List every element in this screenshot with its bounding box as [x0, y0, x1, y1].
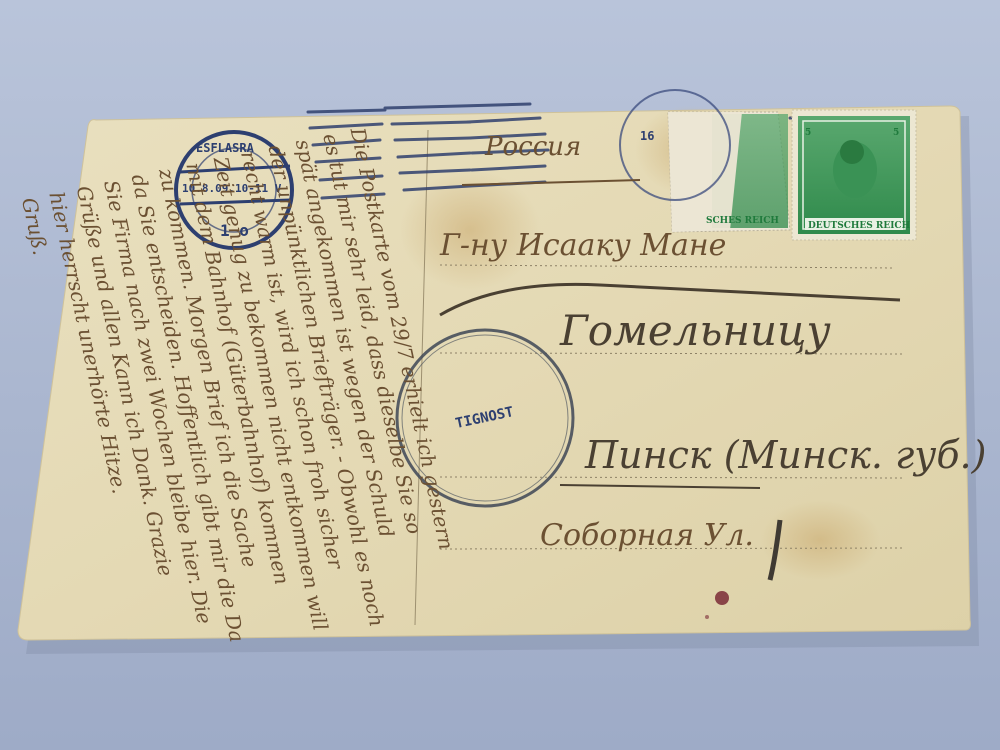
right-stamp: 5 5 DEUTSCHES REICH	[792, 110, 916, 240]
svg-text:Пинск (Минск. губ.): Пинск (Минск. губ.)	[584, 433, 986, 477]
svg-text:spät angekommen ist wegen der: spät angekommen ist wegen der Schuld	[291, 137, 399, 539]
svg-text:es tut mir sehr leid, dass die: es tut mir sehr leid, dass dieselbe Sie …	[318, 131, 426, 536]
svg-text:5: 5	[805, 128, 811, 138]
svg-text:10.8.09.10-11 V: 10.8.09.10-11 V	[182, 182, 282, 195]
svg-text:Г-ну Исааку Мане: Г-ну Исааку Мане	[439, 228, 726, 263]
svg-text:1 o: 1 o	[220, 221, 249, 240]
svg-text:DEUTSCHES REICH: DEUTSCHES REICH	[808, 221, 911, 231]
svg-text:Гомельницу: Гомельницу	[559, 306, 831, 355]
svg-text:Соборная Ул.: Соборная Ул.	[540, 518, 754, 553]
svg-text:16: 16	[640, 129, 654, 143]
svg-text:Sie Firma nach zwei Wochen ble: Sie Firma nach zwei Wochen bleibe hier. …	[99, 178, 217, 626]
svg-text:Grüße und allen Kann ich Dank.: Grüße und allen Kann ich Dank. Grazie	[72, 184, 178, 579]
svg-text:hier herrscht unerhörte Hitze.: hier herrscht unerhörte Hitze.	[44, 190, 132, 496]
message-block: Die Postkarte vom 29/7 erhielt ich geste…	[17, 125, 472, 682]
red-stain	[715, 591, 729, 605]
svg-text:Zeit genug zu bekommen nicht e: Zeit genug zu bekommen nicht entkommen w…	[209, 154, 333, 633]
card-body	[18, 106, 970, 640]
photo-scene: SCHES REICH 5 5 DEUTSCHES REICH 16 ESFLA…	[0, 0, 1000, 750]
svg-text:der unpünktlichen Briefträger.: der unpünktlichen Briefträger. - Obwohl …	[263, 143, 389, 629]
svg-text:SCHES REICH: SCHES REICH	[706, 216, 779, 226]
center-postmark: TIGNOST	[397, 330, 573, 506]
address-block: Россия Г-ну Исааку Мане Гомельницу Пинск…	[439, 132, 986, 580]
svg-text:Gruß.: Gruß.	[17, 195, 53, 257]
svg-text:ESFLASRA: ESFLASRA	[196, 141, 255, 155]
round-postmark: ESFLASRA 10.8.09.10-11 V 1 o	[176, 132, 292, 248]
svg-text:TIGNOST: TIGNOST	[454, 404, 515, 432]
postcard: SCHES REICH 5 5 DEUTSCHES REICH 16 ESFLA…	[0, 0, 1000, 750]
svg-text:da Sie entscheiden. Hoffentlic: da Sie entscheiden. Hoffentlich gibt mir…	[127, 172, 250, 644]
partial-postmark: 16	[620, 90, 730, 200]
machine-cancel-lines	[308, 104, 890, 198]
svg-text:Россия: Россия	[484, 132, 581, 162]
svg-text:Die Postkarte vom 29/7 erhielt: Die Postkarte vom 29/7 erhielt ich geste…	[345, 125, 458, 552]
svg-text:recht warm ist, wird ich schon: recht warm ist, wird ich schon froh sich…	[236, 149, 348, 572]
svg-text:mit dem Bahnhof (Güterbahnhof): mit dem Bahnhof (Güterbahnhof) kommen	[181, 160, 294, 586]
address-lines	[440, 265, 905, 549]
svg-text:zu kommen. Morgen Brief ich di: zu kommen. Morgen Brief ich die Sache	[154, 165, 262, 569]
left-stamp: SCHES REICH	[668, 112, 790, 232]
svg-text:5: 5	[893, 128, 899, 138]
